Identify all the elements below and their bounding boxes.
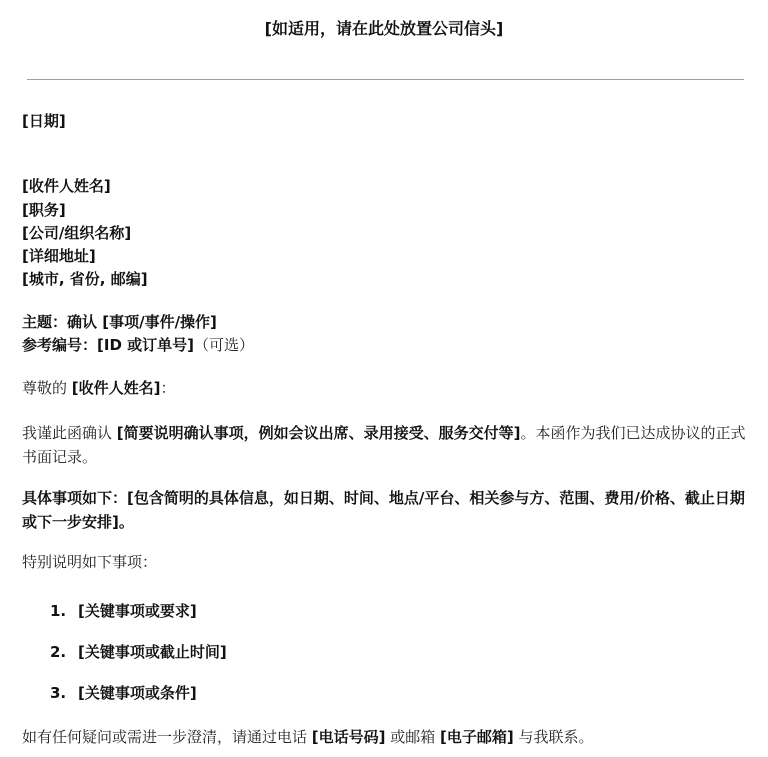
list-text: [关键事项或条件] xyxy=(78,684,197,702)
body1-bold: [简要说明确认事项，例如会议出席、录用接受、服务交付等] xyxy=(117,424,521,442)
reference-line: 参考编号：[ID 或订单号]（可选） xyxy=(22,334,254,357)
reference-note: （可选） xyxy=(194,336,254,354)
divider-line xyxy=(27,79,744,80)
contact-middle: 或邮箱 xyxy=(386,728,441,746)
salutation-prefix: 尊敬的 xyxy=(22,379,72,397)
reference-label: 参考编号： xyxy=(22,336,97,354)
contact-paragraph: 如有任何疑问或需进一步澄清，请通过电话 [电话号码] 或邮箱 [电子邮箱] 与我… xyxy=(22,726,594,749)
body-paragraph-details: 具体事项如下：[包含简明的具体信息，如日期、时间、地点/平台、相关参与方、范围、… xyxy=(22,486,752,534)
list-number: 3. xyxy=(50,684,78,702)
recipient-name: [收件人姓名] xyxy=(22,175,111,198)
reference-value: [ID 或订单号] xyxy=(97,336,194,354)
contact-prefix: 如有任何疑问或需进一步澄清，请通过电话 xyxy=(22,728,312,746)
list-item: 1.[关键事项或要求] xyxy=(50,600,197,621)
recipient-city: [城市, 省份, 邮编] xyxy=(22,268,148,291)
body1-prefix: 我谨此函确认 xyxy=(22,424,117,442)
salutation-name: [收件人姓名] xyxy=(72,379,161,397)
list-number: 1. xyxy=(50,602,78,620)
subject-line: 主题：确认 [事项/事件/操作] xyxy=(22,311,217,334)
salutation-suffix: ： xyxy=(161,379,176,397)
list-item: 2.[关键事项或截止时间] xyxy=(50,641,227,662)
list-text: [关键事项或要求] xyxy=(78,602,197,620)
contact-phone: [电话号码] xyxy=(312,728,386,746)
list-item: 3.[关键事项或条件] xyxy=(50,682,197,703)
contact-email: [电子邮箱] xyxy=(440,728,514,746)
date-field: [日期] xyxy=(22,110,66,133)
recipient-title: [职务] xyxy=(22,199,66,222)
recipient-company: [公司/组织名称] xyxy=(22,222,131,245)
list-intro: 特别说明如下事项： xyxy=(22,551,157,574)
salutation: 尊敬的 [收件人姓名]： xyxy=(22,377,176,400)
letterhead-placeholder: [如适用，请在此处放置公司信头] xyxy=(0,16,768,39)
contact-suffix: 与我联系。 xyxy=(514,728,594,746)
list-text: [关键事项或截止时间] xyxy=(78,643,227,661)
body-paragraph-confirmation: 我谨此函确认 [简要说明确认事项，例如会议出席、录用接受、服务交付等]。本函作为… xyxy=(22,421,752,469)
subject-label: 主题：确认 xyxy=(22,313,102,331)
list-number: 2. xyxy=(50,643,78,661)
subject-value: [事项/事件/操作] xyxy=(102,313,217,331)
recipient-address: [详细地址] xyxy=(22,245,96,268)
